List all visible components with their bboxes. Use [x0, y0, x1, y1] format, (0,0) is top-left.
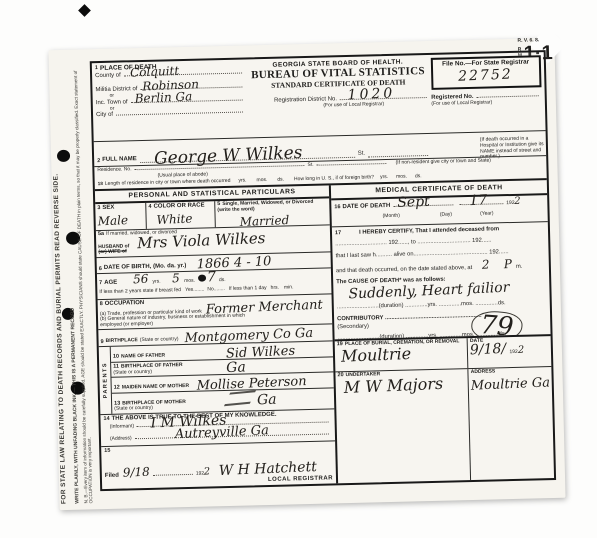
marital-value: Married — [239, 215, 289, 227]
registration-district-value: 1020 — [348, 88, 396, 101]
death-month-value: Sept — [397, 196, 430, 207]
section-number: 4 — [148, 204, 151, 210]
certification-block: 79 17I HEREBY CERTIFY, That I attended d… — [332, 222, 551, 340]
local-registrar-signature: W H Hatchett — [218, 462, 316, 476]
informant-label: (Informant) — [110, 424, 135, 430]
section-number: 2 — [97, 158, 100, 164]
burial-date-field: DATE 9/18/ 192 2 — [468, 336, 551, 368]
m-label: m. — [516, 261, 523, 273]
inc-town-value: Berlin Ga — [134, 91, 192, 103]
informant-address-value: Autreyville Ga — [174, 427, 268, 441]
section-number: 17 — [335, 230, 341, 236]
father-birthplace-sub: (State or country) — [113, 368, 152, 375]
city-label: City of — [96, 112, 113, 119]
occupation-value: Former Merchant — [206, 301, 323, 314]
death-certificate-form: 1PLACE OF DEATH County ofColquitt Militi… — [90, 50, 556, 491]
age-years-value: 56 — [133, 274, 149, 285]
city-blank — [116, 112, 243, 116]
burial-row: 19PLACE OF BURIAL, CREMATION, OR REMOVAL… — [335, 334, 552, 372]
undertaker-row: 20UNDERTAKER M W Majors ADDRESS Moultrie… — [335, 367, 554, 483]
file-number-section: File No.—For State Registrar 22752 Regis… — [428, 52, 545, 133]
marital-field: 5Single, Married, Widowed, or Divorced (… — [215, 198, 330, 227]
occupation-label: OCCUPATION — [105, 300, 145, 307]
undertaker-address-field: ADDRESS Moultrie Ga — [469, 367, 554, 480]
parents-block: PARENTS 10NAME OF FATHER Sid Wilkes 11BI… — [99, 341, 335, 415]
ds-label: ds. — [415, 174, 422, 180]
sex-label: SEX — [102, 205, 114, 211]
burial-date-value: 9/18/ — [470, 344, 507, 357]
undertaker-address-value: Moultrie Ga — [471, 377, 551, 391]
informant-address-label: (Address) — [110, 437, 132, 443]
section-number: 14 — [103, 416, 109, 422]
section-number: 3 — [97, 205, 100, 211]
age-months-value: 5 — [172, 273, 180, 283]
ds-label: ds. — [219, 278, 226, 284]
mother-birthplace-value: Ga — [257, 395, 277, 405]
birthplace-sub-label: (State or country) — [140, 338, 179, 345]
mos-label: mos. — [184, 279, 195, 285]
personal-particulars-column: PERSONAL AND STATISTICAL PARTICULARS 3SE… — [95, 185, 338, 489]
form-columns: PERSONAL AND STATISTICAL PARTICULARS 3SE… — [95, 180, 554, 489]
spouse-value: Mrs Viola Wilkes — [137, 232, 266, 247]
street-blank — [368, 155, 428, 157]
day-note: (Day) — [440, 212, 452, 218]
yrs-label: yrs. — [238, 179, 246, 185]
howlong-label: How long in U. S., if of foreign birth? — [294, 176, 374, 184]
marital-label: Single, Married, Widowed, or Divorced (w… — [217, 199, 313, 213]
race-field: 4COLOR OR RACE White — [146, 201, 215, 229]
yes-label: Yes........ — [185, 288, 204, 294]
section-number: 10 — [113, 354, 119, 360]
form-header: 1PLACE OF DEATH County ofColquitt Militi… — [92, 52, 546, 142]
father-birthplace-value: Ga — [226, 364, 246, 374]
filed-label: Filed — [105, 473, 119, 480]
race-label: COLOR OR RACE — [153, 202, 204, 209]
section-number: 6 — [99, 266, 102, 272]
place-of-death-section: 1PLACE OF DEATH County ofColquitt Militi… — [92, 59, 249, 141]
hrs-label: hrs. — [271, 286, 279, 292]
burial-place-value: Moultrie — [341, 348, 412, 363]
yrs-label: yrs. — [152, 280, 160, 286]
section-number: 15 — [104, 448, 110, 454]
section-number: 18 — [98, 181, 103, 187]
birthplace-label: BIRTHPLACE — [106, 339, 138, 345]
month-note: (Month) — [383, 213, 400, 219]
length-residence-label: Length of residence in city or town wher… — [105, 179, 231, 188]
parents-label: PARENTS — [102, 362, 109, 399]
lessday-label: If less than 1 day — [229, 286, 267, 293]
death-day-value: 17 — [469, 195, 487, 206]
full-name-label: FULL NAME — [102, 156, 137, 164]
section-number: 12 — [114, 385, 120, 391]
burial-192-label: 192 — [509, 350, 517, 356]
father-name-label: NAME OF FATHER — [121, 352, 165, 359]
section-number: 9 — [101, 339, 104, 345]
section-number: 5a — [98, 231, 104, 237]
section-number: 7 — [99, 280, 102, 286]
age-label: AGE — [104, 280, 117, 287]
year-note: (Year) — [480, 211, 494, 217]
sex-field: 3SEX Male — [95, 203, 147, 230]
section-number: 1 — [95, 65, 98, 71]
filed-row: 15 Filed 9/18 192 2 W H Hatchett LOCAL R… — [101, 441, 336, 489]
section-number: 8 — [100, 301, 103, 307]
burial-place-field: 19PLACE OF BURIAL, CREMATION, OR REMOVAL… — [335, 338, 469, 371]
file-number-box: File No.—For State Registrar 22752 — [430, 55, 541, 90]
file-number-label: File No.—For State Registrar — [434, 58, 537, 68]
street-label: St. — [358, 151, 366, 158]
mother-name-value: Mollise Peterson — [196, 377, 306, 391]
registered-no-blank — [477, 95, 539, 98]
filed-year-value: 2 — [204, 467, 211, 476]
father-name-value: Sid Wilkes — [226, 346, 296, 358]
death-year-value: 2 — [514, 196, 521, 205]
breastfed-label: If less than 2 years state if breast fed — [99, 288, 181, 296]
scribble-mark — [224, 390, 256, 406]
residence-label: Residence. No. — [97, 167, 131, 173]
mother-birthplace-sub: (State or country) — [114, 405, 153, 412]
residence-street-label: St. — [307, 163, 313, 169]
min-label: min. — [284, 286, 294, 292]
certify-line-1: I HEREBY CERTIFY, That I attended deceas… — [359, 226, 499, 235]
certificate-paper: FOR STATE LAW RELATING TO DEATH RECORDS … — [48, 38, 565, 510]
undertaker-field: 20UNDERTAKER M W Majors — [335, 369, 471, 483]
section-number: 16 — [334, 204, 340, 210]
scan-background: FOR STATE LAW RELATING TO DEATH RECORDS … — [0, 0, 597, 538]
ds-label: ds. — [277, 178, 284, 184]
death-ampm-value: P — [504, 258, 512, 268]
sex-value: Male — [97, 215, 128, 226]
cause-of-death-value: Suddenly, Heart failior — [348, 283, 509, 298]
ink-mark — [78, 4, 91, 17]
registered-no-note: (For use of Local Registrar) — [431, 99, 542, 107]
yrs-label: yrs. — [380, 175, 388, 181]
age-days-value: 7 — [207, 272, 216, 282]
county-label: County of — [95, 72, 121, 80]
medical-certificate-column: MEDICAL CERTIFICATE OF DEATH 16 DATE OF … — [331, 180, 554, 483]
filed-date-value: 9/18 — [123, 467, 150, 478]
county-value: Colquitt — [130, 66, 180, 78]
title-block: GEORGIA STATE BOARD OF HEALTH. BUREAU OF… — [247, 55, 430, 137]
file-number-value: 22752 — [458, 69, 513, 82]
residence-street-blank — [317, 163, 387, 166]
ink-blot — [198, 275, 206, 282]
death-time-value: 2 — [482, 259, 490, 269]
undertaker-value: M W Majors — [344, 378, 444, 394]
race-value: White — [157, 213, 193, 224]
militia-district-label: Militia District of — [95, 86, 137, 94]
filed-blank — [153, 474, 193, 476]
mos-label: mos. — [396, 175, 407, 181]
mos-label: mos. — [256, 178, 267, 184]
no-label: No........ — [207, 287, 225, 293]
burial-year-value: 2 — [518, 346, 525, 355]
mother-name-label: MAIDEN NAME OF MOTHER — [122, 383, 189, 391]
date-of-death-label: DATE OF DEATH — [342, 203, 390, 211]
